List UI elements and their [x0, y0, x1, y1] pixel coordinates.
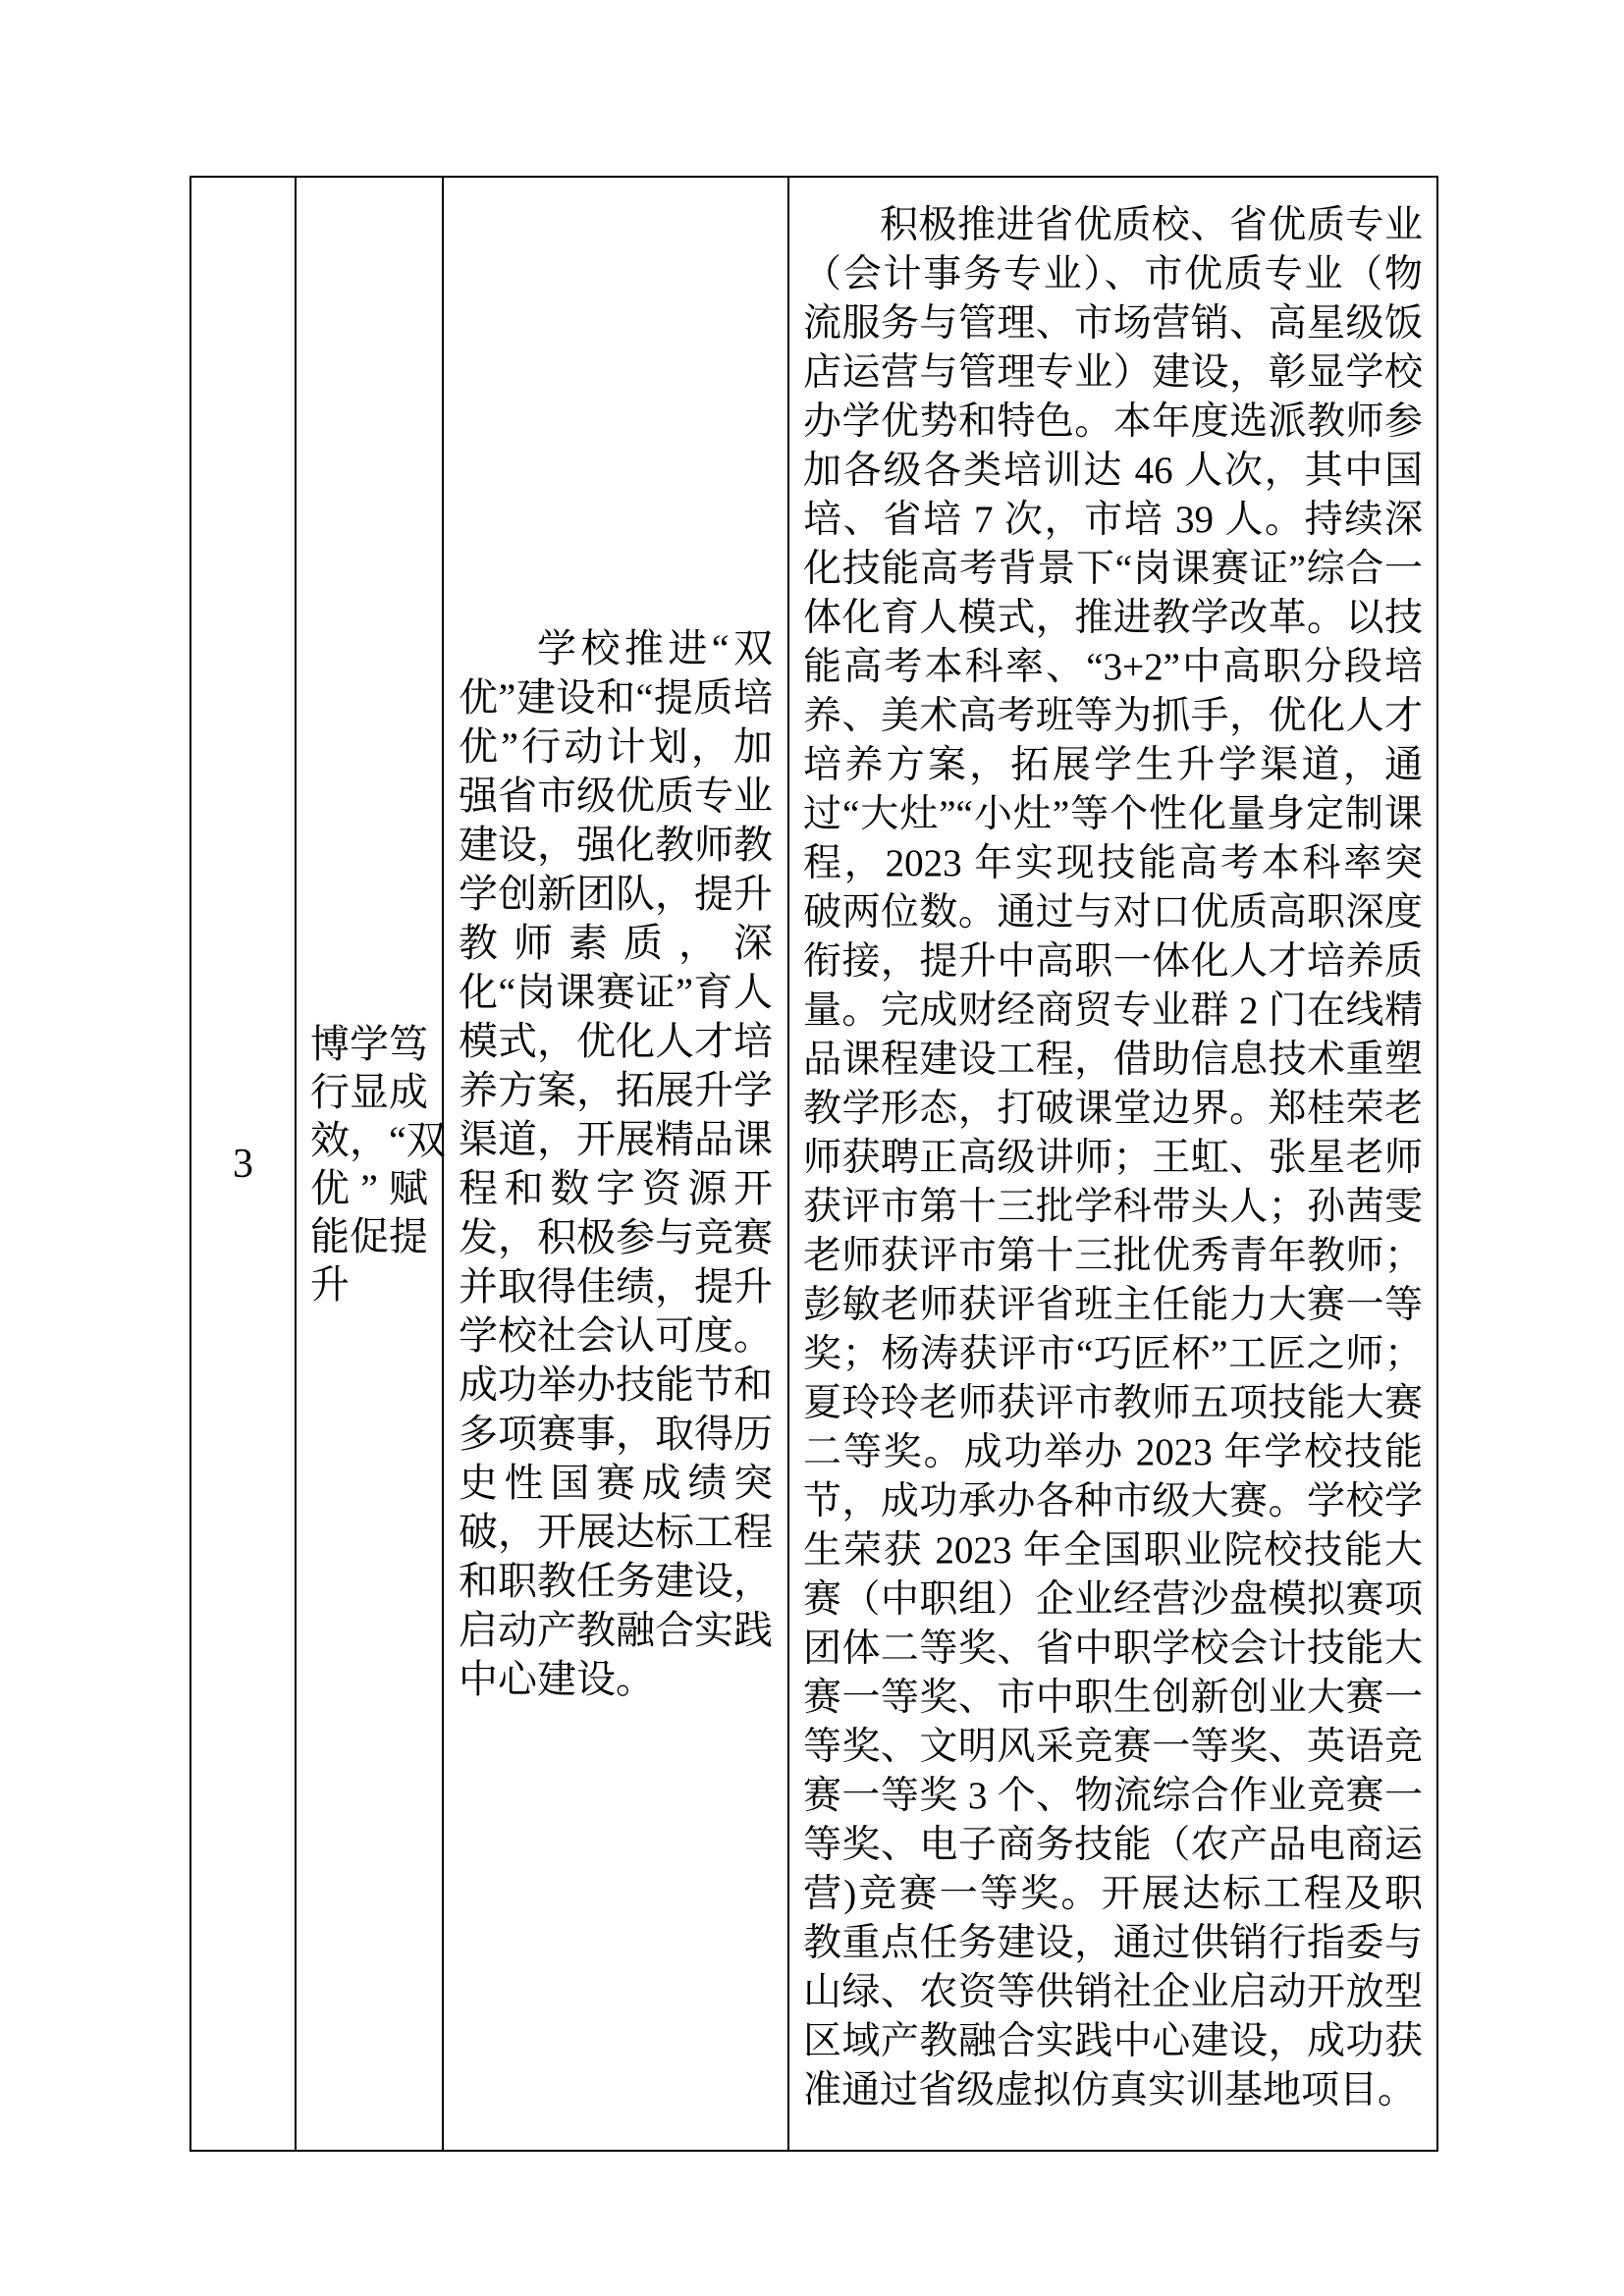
row-detail-cell: 积极推进省优质校、省优质专业（会计事务专业）、市优质专业（物流服务与管理、市场营…: [788, 177, 1437, 2151]
row-title: 博学笃行显成效，“双优”赋能促提升: [310, 1020, 428, 1308]
row-summary-cell: 学校推进“双优”建设和“提质培优”行动计划，加强省市级优质专业建设，强化教师教学…: [443, 177, 788, 2151]
row-number-cell: 3: [190, 177, 296, 2151]
row-detail: 积极推进省优质校、省优质专业（会计事务专业）、市优质专业（物流服务与管理、市场营…: [803, 201, 1423, 2115]
document-page: 3 博学笃行显成效，“双优”赋能促提升 学校推进“双优”建设和“提质培优”行动计…: [0, 0, 1624, 2296]
report-table: 3 博学笃行显成效，“双优”赋能促提升 学校推进“双优”建设和“提质培优”行动计…: [189, 176, 1438, 2152]
row-title-cell: 博学笃行显成效，“双优”赋能促提升: [296, 177, 443, 2151]
row-number: 3: [233, 1142, 253, 1187]
table-row: 3 博学笃行显成效，“双优”赋能促提升 学校推进“双优”建设和“提质培优”行动计…: [190, 177, 1437, 2151]
row-summary: 学校推进“双优”建设和“提质培优”行动计划，加强省市级优质专业建设，强化教师教学…: [459, 624, 773, 1704]
